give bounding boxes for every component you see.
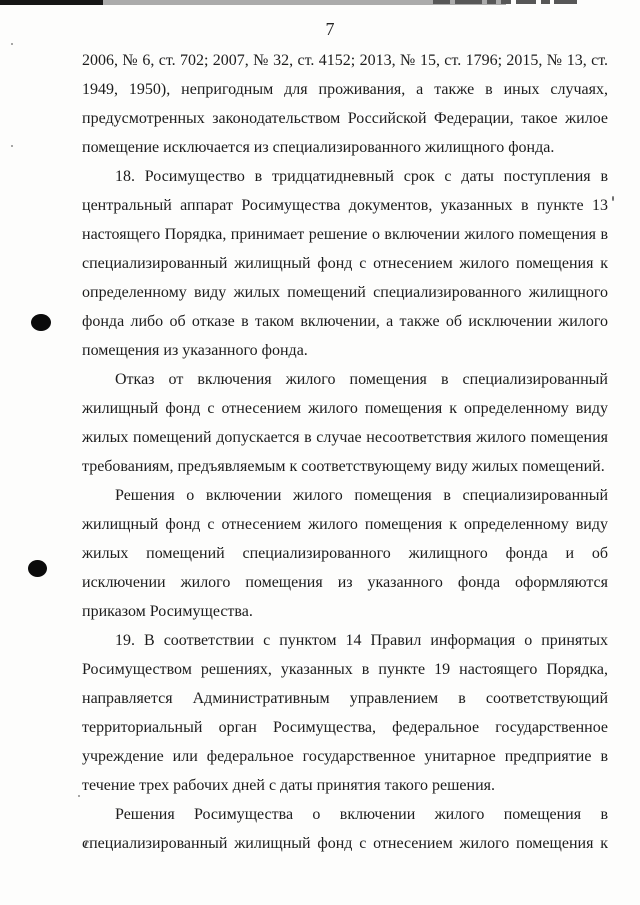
page-number: 7 bbox=[0, 19, 640, 40]
paragraph-item-18: 18. Росимущество в тридцатидневный срок … bbox=[82, 162, 608, 365]
scan-speck bbox=[612, 196, 614, 201]
scan-speck bbox=[11, 43, 13, 45]
hole-punch-mark bbox=[28, 560, 47, 577]
paragraph-decisions: Решения о включении жилого помещения в с… bbox=[82, 481, 608, 626]
paragraph-continuation: 2006, № 6, ст. 702; 2007, № 32, ст. 4152… bbox=[82, 46, 608, 162]
scan-edge-dash bbox=[516, 0, 536, 4]
paragraph-decisions-continued: Решения Росимущества о включении жилого … bbox=[82, 800, 608, 858]
scan-speck bbox=[11, 145, 13, 147]
paragraph-refusal: Отказ от включения жилого помещения в сп… bbox=[82, 365, 608, 481]
scan-edge-dash bbox=[433, 0, 450, 4]
scan-edge-black-bar bbox=[0, 0, 103, 5]
paragraph-item-19: 19. В соответствии с пунктом 14 Правил и… bbox=[82, 626, 608, 800]
scan-edge-dash bbox=[501, 0, 511, 4]
scan-speck bbox=[78, 795, 80, 797]
scan-edge-dash bbox=[455, 0, 482, 4]
scanned-document-page: 7 2006, № 6, ст. 702; 2007, № 32, ст. 41… bbox=[0, 0, 640, 905]
hole-punch-mark bbox=[31, 314, 51, 331]
scan-edge-dash bbox=[554, 0, 577, 4]
document-body: 2006, № 6, ст. 702; 2007, № 32, ст. 4152… bbox=[82, 46, 608, 858]
scan-edge-dash bbox=[487, 0, 496, 4]
scan-edge-dash bbox=[541, 0, 550, 4]
scan-edge-gray-bar bbox=[103, 0, 506, 5]
